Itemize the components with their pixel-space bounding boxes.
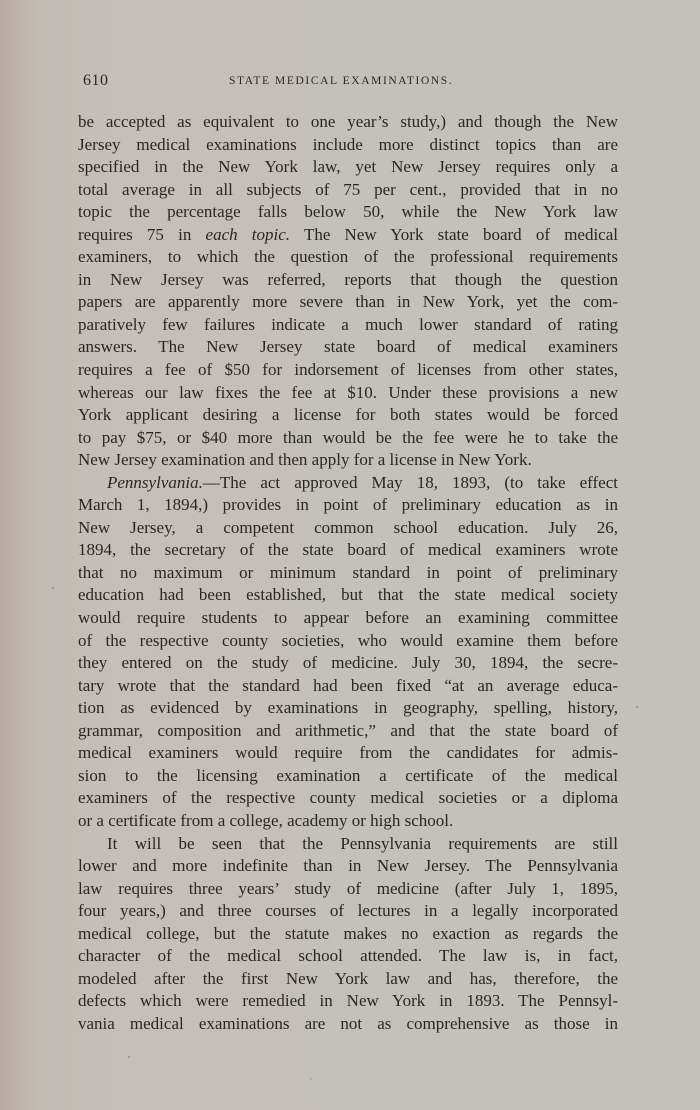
text-line: be accepted as equivalent to one year’s … bbox=[78, 111, 618, 134]
text-line: 1894, the secretary of the state board o… bbox=[78, 539, 618, 562]
paragraph-pennsylvania: Pennsylvania.—The act approved May 18, 1… bbox=[78, 472, 618, 833]
text-line: medical examiners would require from the… bbox=[78, 742, 618, 765]
text-line: tary wrote that the standard had been fi… bbox=[78, 675, 618, 698]
text-line: Pennsylvania.—The act approved May 18, 1… bbox=[78, 472, 618, 495]
text-line: papers are apparently more severe than i… bbox=[78, 291, 618, 314]
page-header: 610 STATE MEDICAL EXAMINATIONS. bbox=[83, 72, 610, 92]
text-line: of the respective county societies, who … bbox=[78, 630, 618, 653]
text-line: tion as evidenced by examinations in geo… bbox=[78, 697, 618, 720]
paragraph-new-jersey-continued: be accepted as equivalent to one year’s … bbox=[78, 111, 618, 472]
italic-text: Pennsylvania. bbox=[107, 473, 203, 492]
body-text: be accepted as equivalent to one year’s … bbox=[78, 111, 618, 1035]
text-line: paratively few failures indicate a much … bbox=[78, 314, 618, 337]
text-line: would require students to appear before … bbox=[78, 607, 618, 630]
text-line: education had been established, but that… bbox=[78, 584, 618, 607]
text-line: whereas our law fixes the fee at $10. Un… bbox=[78, 382, 618, 405]
text-line: It will be seen that the Pennsylvania re… bbox=[78, 833, 618, 856]
paper-speck bbox=[310, 1078, 312, 1080]
text-line: specified in the New York law, yet New J… bbox=[78, 156, 618, 179]
text-line: medical college, but the statute makes n… bbox=[78, 923, 618, 946]
text-line: examiners, to which the question of the … bbox=[78, 246, 618, 269]
text-line: topic the percentage falls below 50, whi… bbox=[78, 201, 618, 224]
page-number: 610 bbox=[83, 72, 109, 90]
text-line: answers. The New Jersey state board of m… bbox=[78, 336, 618, 359]
text-line: they entered on the study of medicine. J… bbox=[78, 652, 618, 675]
paper-speck bbox=[52, 587, 54, 589]
text-line: defects which were remedied in New York … bbox=[78, 990, 618, 1013]
text-line: that no maximum or minimum standard in p… bbox=[78, 562, 618, 585]
text-line: requires 75 in each topic. The New York … bbox=[78, 224, 618, 247]
text-line: Jersey medical examinations include more… bbox=[78, 134, 618, 157]
paper-speck bbox=[636, 706, 638, 708]
text-line: requires a fee of $50 for indorsement of… bbox=[78, 359, 618, 382]
text-line: New Jersey, a competent common school ed… bbox=[78, 517, 618, 540]
text-line: York applicant desiring a license for bo… bbox=[78, 404, 618, 427]
scanned-page: 610 STATE MEDICAL EXAMINATIONS. be accep… bbox=[0, 0, 700, 1110]
text-line: New Jersey examination and then apply fo… bbox=[78, 449, 618, 472]
text-line: vania medical examinations are not as co… bbox=[78, 1013, 618, 1036]
text-line: or a certificate from a college, academy… bbox=[78, 810, 618, 833]
text-line: total average in all subjects of 75 per … bbox=[78, 179, 618, 202]
text-line: in New Jersey was referred, reports that… bbox=[78, 269, 618, 292]
text-line: four years,) and three courses of lectur… bbox=[78, 900, 618, 923]
italic-text: each topic. bbox=[206, 225, 291, 244]
running-head: STATE MEDICAL EXAMINATIONS. bbox=[229, 75, 453, 87]
text-line: to pay $75, or $40 more than would be th… bbox=[78, 427, 618, 450]
text-line: modeled after the first New York law and… bbox=[78, 968, 618, 991]
text-line: sion to the licensing examination a cert… bbox=[78, 765, 618, 788]
text-line: lower and more indefinite than in New Je… bbox=[78, 855, 618, 878]
paper-speck bbox=[128, 1056, 130, 1058]
text-line: law requires three years’ study of medic… bbox=[78, 878, 618, 901]
text-line: grammar, composition and arithmetic,” an… bbox=[78, 720, 618, 743]
text-line: character of the medical school attended… bbox=[78, 945, 618, 968]
text-line: examiners of the respective county medic… bbox=[78, 787, 618, 810]
text-line: March 1, 1894,) provides in point of pre… bbox=[78, 494, 618, 517]
paragraph-pennsylvania-comparison: It will be seen that the Pennsylvania re… bbox=[78, 833, 618, 1036]
